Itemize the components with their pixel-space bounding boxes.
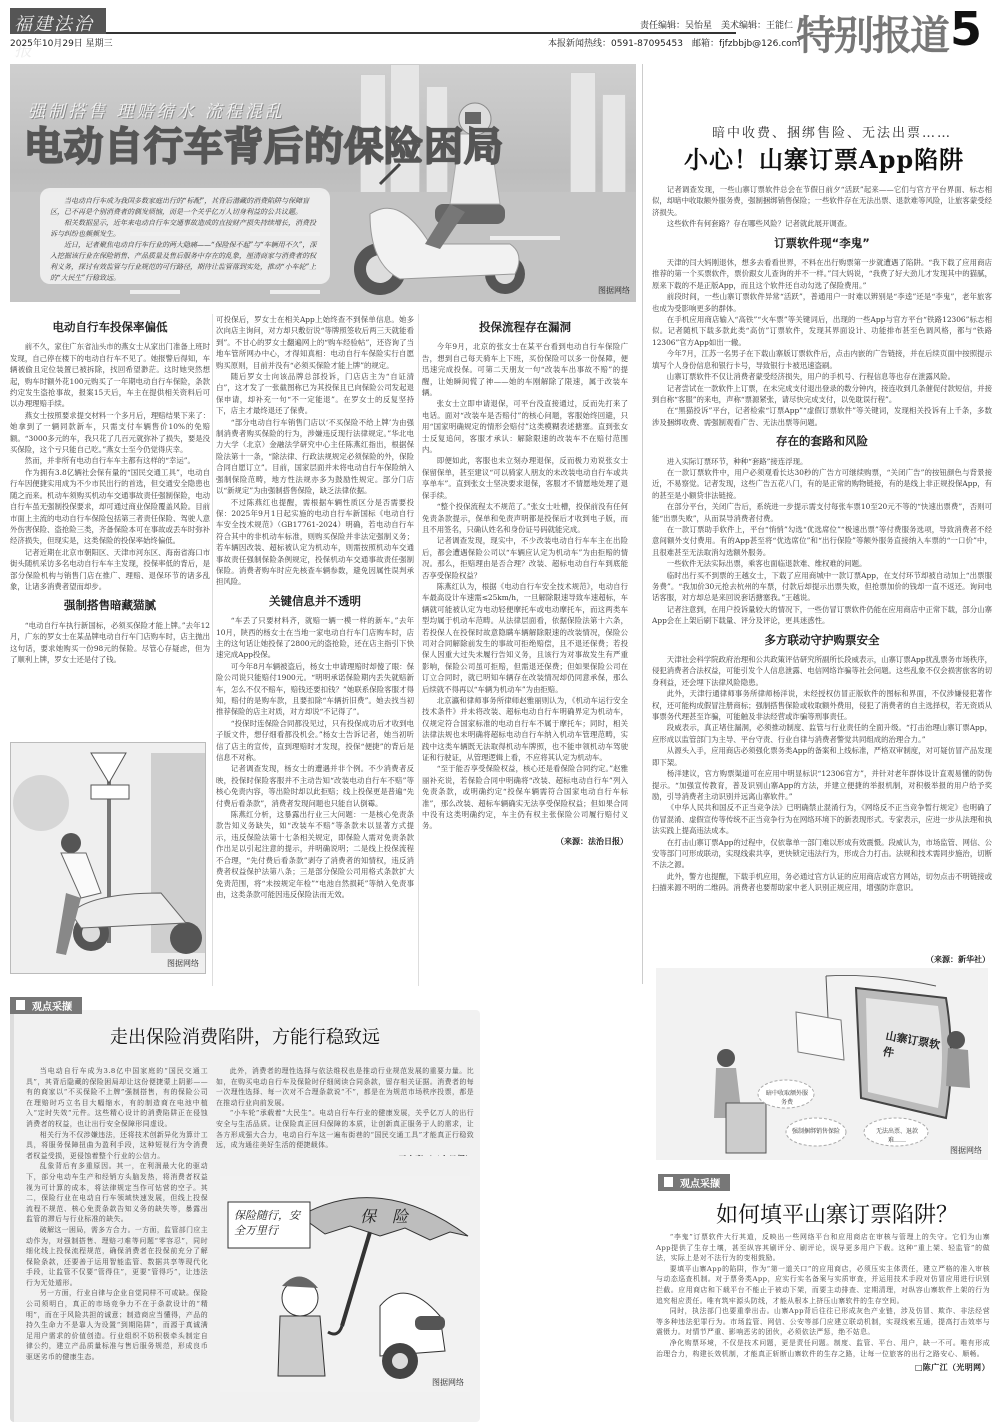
issue-date: 2025年10月29日 星期三 [10,36,113,49]
paragraph: 前不久，家住广东省汕头市的燕女士从家出门准备上班时发现，自己停在楼下的电动自行车… [10,341,210,409]
paragraph: 不过陈燕红也提醒，需根据车辆性质区分是否需要投保：2025年9月1日起实施的电动… [216,497,414,588]
paragraph: 然而，并非所有电动自行车车主都有这样的“幸运”。 [10,455,210,466]
byline: □陈广江（光明网） [656,1363,990,1374]
paragraph: 进入实际订票环节，种种“套路”接连浮现。 [652,456,992,467]
paragraph: 段威表示，真正堵住漏洞，必须推动制度、监管与行业责任的全面升级。“打击治理山寨订… [652,722,992,745]
bubble-text: 强制捆绑销售保险 [792,1126,840,1135]
bubble-text: 暗中收取额外服务费 [764,1088,810,1106]
byline: □王志高（工人日报） [216,1155,474,1156]
paragraph: 记者调查发现，现实中，不少改装电动自行车车主在出险后，都会遭遇保险公司以“车辆应… [422,535,628,581]
paragraph: 另一方面，行业自律与企业自觉同样不可或缺。保险公司须明白，真正的市场竞争力不在于… [26,1288,208,1362]
subheading: 订票软件现“李鬼” [652,238,992,249]
subheading: 投保流程存在漏洞 [422,322,628,333]
masthead: 福建法治报 2025年10月29日 星期三 责任编辑：吴怡星 美术编辑：王能仁 … [0,0,1000,56]
app-story-kicker: 暗中收费、捆绑售险、无法出票…… [712,122,952,141]
fake-ticket-app-illustration: 山寨订票软件 暗中收取额外服务费 强制捆绑销售保险 无法出票、退款难…… 图据网… [656,968,988,1160]
paragraph: 同时，执法部门也要重拳出击。山寨App背后往往已形成灰色产业链，涉及仿冒、欺诈、… [656,1306,990,1338]
paragraph: “整个投保流程太不规范了。”张女士吐槽，投保前没有任何免责条款提示，保单和免责声… [422,501,628,535]
paragraph: 今年9月，北京的张女士在某平台看到电动自行车保险广告，想到自己每天骑车上下班，买… [422,341,628,398]
paragraph: 临时出行买不到票的王越女士，下载了应用商城中一款订票App，在支付环节却被自动加… [652,570,992,604]
intro-paragraph: 相关数据显示，近年来电动自行车交通事故造成的直接财产损失持续增长，消费投诉与纠纷… [50,218,320,240]
building-illustration [602,94,626,194]
paragraph: 即便如此，客服也未立刻办理退保，反而极力劝说张女士保留保单，甚至建议“可以骑家人… [422,455,628,501]
image-credit: 图据网络 [950,1145,982,1156]
page-divider [642,64,643,984]
paragraph: 张女士立即申请退保，可平台没直接通过，反而先打来了电话。面对“改装车是否赔付”的… [422,398,628,455]
column-divider [212,314,213,986]
paragraph: 燕女士按照要求提交材料一个多月后，理赔结果下来了：她拿到了一辆同款新车，只需支付… [10,410,210,456]
scooter-purchase-illustration: 图据网络 [10,742,206,974]
intro-paragraph: 当电动自行车成为我国多数家庭出行的“标配”，其背后潜藏的消费陷阱与保障盲区，已不… [50,196,320,218]
paragraph: 此外，天津行通律师事务所律师杨洋说，未经授权仿冒正版软件的图标和界面，不仅涉嫌侵… [652,688,992,722]
paragraph: 天津的闫大妈刚退休，想多去看看世界，不料在出行购票第一步就遭遇了陷阱。“我下载了… [652,257,992,291]
lead-column-2: 可投保后，罗女士在相关App上始终查不到保单信息。她多次向店主询问，对方却只敷衍… [216,314,414,986]
paragraph: 在“黑猫投诉”平台，记者检索“订票App”“虚假订票软件”等关键词，发现相关投诉… [652,405,992,428]
image-credit: 图据网络 [432,1377,464,1388]
paragraph: “投保时连保险合同都没见过，只有投保成功后才收到电子版文件，想仔细看都没机会。”… [216,718,414,764]
lead-intro-box: 当电动自行车成为我国多数家庭出行的“标配”，其背后潜藏的消费陷阱与保障盲区，已不… [40,188,330,284]
paragraph: 前段时间，一些山寨订票软件异常“活跃”，普通用户一时难以辨别是“李逵”还是“李鬼… [652,291,992,314]
building-illustration [570,72,596,194]
paragraph: 陈燕红认为，根据《电动自行车安全技术规范》，电动自行车最高设计车速需≤25km/… [422,581,628,695]
paragraph: 陈燕红分析，这暴露出行业三大问题：一是核心免责条款告知义务缺失，如“改装车不赔”… [216,809,414,900]
editors-credit: 责任编辑：吴怡星 美术编辑：王能仁 [640,18,793,31]
opinion-left-headline: 走出保险消费陷阱，方能行稳致远 [110,1023,380,1049]
paragraph: 在部分平台，关闭广告后，系统进一步提示需支付每张车票10至20元不等的“快速出票… [652,501,992,524]
subheading: 关键信息并不透明 [216,596,414,607]
subheading: 多方联动守护购票安全 [652,635,992,646]
lead-headline: 电动自行车背后的保险困局 [24,116,504,172]
opinion-right-body: “李鬼”订票软件大行其道，反映出一些网络平台和应用商店在审核与管理上的失守。它们… [656,1232,990,1374]
paragraph: 记者尝试在一款软件上订票，在未完成支付退出登录的数分钟内，接连收到几条催促付款短… [652,383,992,406]
newspaper-logo: 福建法治报 [10,8,106,34]
opinion-tag-right: 观点采撷 [658,1172,730,1191]
source-credit: （来源：新华社） [880,954,990,965]
masthead-rule [106,32,736,34]
app-story-headline: 小心！山寨订票App陷阱 [684,140,964,175]
paragraph: 当电动自行车成为3.8亿中国家庭的“国民交通工具”，其背后隐藏的保险困局却让这份… [26,1066,208,1130]
paragraph: 记者调查发现，一些山寨订票软件总会在节假日前夕“活跃”起来——它们与官方平台界面… [652,184,992,218]
paragraph: “部分电动自行车销售门店以‘不买保险不给上牌’为由强制消费者购买保险的行为，涉嫌… [216,417,414,497]
paragraph: 这些软件有何套路？存在哪些风险？记者就此展开调查。 [652,218,992,229]
intro-paragraph: 近日，记者聚焦电动自行车行业的两大隐痛——“保险保不起”与“车辆用不久”，深入挖… [50,240,320,284]
paragraph: 要填平山寨App的陷阱，作为“第一道关口”的应用商店，必须压实主体责任，建立严格… [656,1264,990,1306]
paragraph: 《中华人民共和国反不正当竞争法》已明确禁止混淆行为，《网络反不正当竞争暂行规定》… [652,802,992,836]
paragraph: 相关行为不仅涉嫌违法，还将技术创新异化为算计工具，将服务保障扭曲为盈利手段，这种… [26,1130,208,1162]
insurance-umbrella-cartoon: 保险随行，安全万里行 保 险 图据网络 [220,1176,470,1392]
lead-story-banner: 强制搭售 理赔缩水 流程混乱 电动自行车背后的保险困局 当电动自行车成为我国多数… [10,64,636,302]
paragraph: 可今年8月车辆被盗后，杨女士申请理赔时却傻了眼：保险公司说只能赔付1900元。“… [216,661,414,718]
paragraph: 今年7月，江苏一名男子在下载山寨版订票软件后，点击内嵌的广告链接，并在后续页面中… [652,348,992,371]
paragraph: 记者调查发现，杨女士的遭遇并非个例。不少消费者反映，投保时保险客服并不主动告知“… [216,763,414,809]
opinion-left-column-2: 此外，消费者的理性选择与依法维权也是推动行业规范发展的重要力量。比如，在购买电动… [216,1066,474,1156]
opinion-tag-left: 观点采撷 [10,995,480,1011]
paragraph: 杨洋建议，官方购票渠道可在应用中明显标识“12306官方”，并针对老年群体设计直… [652,768,992,802]
paragraph: 乱象背后有多重原因。其一，在利润最大化的驱动下，部分电动车生产和经销方头脑发热，… [26,1161,208,1225]
paragraph: 从源头入手，应用商店必须强化票务类App的备案和上线标准，严格双审制度，对可疑仿… [652,745,992,768]
opinion-right-headline: 如何填平山寨订票陷阱？ [716,1198,958,1229]
paragraph: 山寨订票软件不仅让消费者蒙受经济损失，用户的手机号、行程信息等也存在泄露风险。 [652,371,992,382]
speech-bubble-text: 保险随行，安全万里行 [234,1208,306,1238]
lead-column-3: 投保流程存在漏洞 今年9月，北京的张女士在某平台看到电动自行车保险广告，想到自己… [422,314,628,986]
opinion-tag: 观点采撷 [10,997,82,1014]
paragraph: 随后罗女士向该品牌总部投诉，门店店主为“自证清白”，这才发了一张截图称已为其投保… [216,371,414,417]
subheading: 强制搭售暗藏猫腻 [10,600,210,611]
paragraph: 天津社会科学院政府治理和公共政策评估研究所副所长段威表示，山寨订票App扰乱票务… [652,654,992,688]
paragraph: “车丢了只要材料齐，就赔一辆一模一样的新车。”去年10月，陕西的杨女士在当地一家… [216,615,414,661]
paragraph: 作为拥有3.8亿辆社会保有量的“国民交通工具”，电动自行车因便捷实用成为不少市民… [10,467,210,547]
paragraph: 在手机应用商店输入“高铁”“火车票”等关键词后，出现的一些App与官方平台“铁路… [652,314,992,348]
subheading: 存在的套路和风险 [652,436,992,447]
source-credit: （来源：法治日报） [422,836,628,847]
road-dash [130,290,180,294]
app-story-body: 记者调查发现，一些山寨订票软件总会在节假日前夕“活跃”起来——它们与官方平台界面… [652,184,992,964]
paragraph: 记者近期在北京市朝阳区、天津市河东区、海南省海口市街头随机采访多名电动自行车车主… [10,547,210,593]
subheading: 电动自行车投保率偏低 [10,322,210,333]
paragraph: 北京瀛和律师事务所律师赵雅丽则认为，《机动车运行安全技术条件》并未将改装、超标电… [422,695,628,763]
paragraph: 在一款订票软件中，用户必须观看长达30秒的广告方可继续购票，“关闭广告”的按钮颜… [652,467,992,501]
man-scooter-illustration [11,743,206,974]
image-credit: 图据网络 [167,958,199,969]
opinion-tag: 观点采撷 [658,1174,730,1191]
lead-column-1: 电动自行车投保率偏低 前不久，家住广东省汕头市的燕女士从家出门准备上班时发现，自… [10,314,210,666]
paragraph: “电动自行车执行新国标，必须买保险才能上牌。”去年12月，广东的罗女士在某品牌电… [10,620,210,666]
bubble-text: 无法出票、退款难…… [872,1126,922,1144]
paragraph: 破解这一困局，需多方合力。一方面，监管部门应主动作为，对强制搭售、理赔刁难等问题… [26,1225,208,1289]
paragraph: 此外，消费者的理性选择与依法维权也是推动行业规范发展的重要力量。比如，在购买电动… [216,1066,474,1108]
paragraph: “至于能否享受保险权益，核心还是看保险合同约定。”赵雅丽补充说，若保险合同中明确… [422,763,628,831]
hotline-email: 本报新闻热线：0591-87095453 邮箱：fjfzbbjb@126.com [548,36,800,49]
umbrella-text: 保 险 [360,1204,408,1227]
paragraph: “小车轮”承载着“大民生”。电动自行车行业的健康发展，关乎亿万人的出行安全与生活… [216,1108,474,1150]
page-number: 5 [950,2,982,56]
opinion-left-column-1: 当电动自行车成为3.8亿中国家庭的“国民交通工具”，其背后隐藏的保险困局却让这份… [26,1066,208,1422]
column-divider [418,314,419,986]
paragraph-continued: 可投保后，罗女士在相关App上始终查不到保单信息。她多次向店主询问，对方却只敷衍… [216,314,414,371]
paragraph: 净化购票环境，不仅是技术问题，更是责任问题。制度、监管、平台、用户，缺一不可。唯… [656,1338,990,1359]
road-dash [270,290,320,294]
paragraph: 在打击山寨订票App的过程中，仅依靠单一部门难以形成有效震慑。段威认为，市场监管… [652,837,992,871]
paragraph: 一些软件无法实际出票，乘客也面临退款难、维权难的问题。 [652,558,992,569]
paragraph: 在一款订票助手软件上，平台“悄悄”勾选“优选席位”“极速出票”等付费服务选项，导… [652,524,992,558]
image-credit: 图据网络 [598,285,630,296]
paragraph: 此外，警方也提醒，下载手机应用，务必通过官方认证的应用商店或官方网站，切勿点击不… [652,871,992,894]
section-title: 特别报道 [796,4,948,61]
paragraph: 记者注意到，在用户投诉量较大的情况下，一些仿冒订票软件仍能在应用商店中正常下载，… [652,604,992,627]
paragraph: “李鬼”订票软件大行其道，反映出一些网络平台和应用商店在审核与管理上的失守。它们… [656,1232,990,1264]
